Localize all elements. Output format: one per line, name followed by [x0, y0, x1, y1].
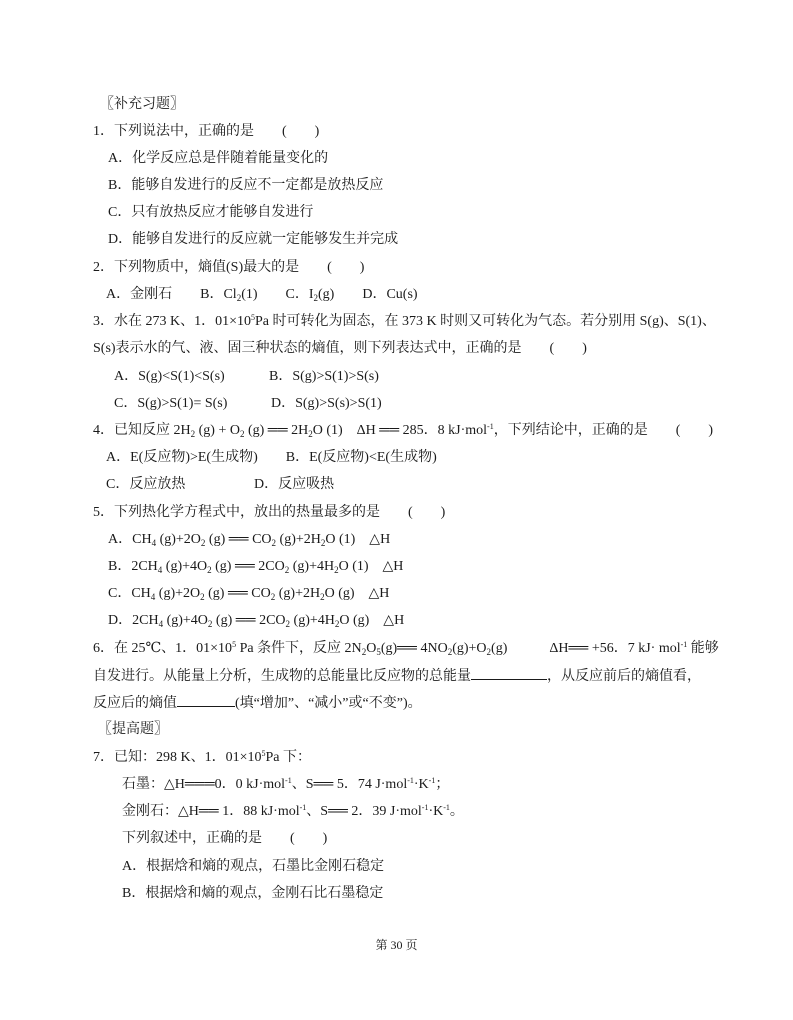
text-run: (g)+4O — [162, 559, 207, 574]
text-run: (g)+2H — [275, 586, 320, 601]
text-run: C．反应放热 — [106, 477, 185, 492]
text-run: (g)══ 4NO — [381, 641, 448, 656]
q3-option-d: D．S(g)>S(s)>S(1) — [271, 395, 382, 413]
text-run: A．根据焓和熵的观点，石墨比金刚石稳定 — [122, 859, 384, 874]
text-run: B．2CH — [108, 559, 158, 574]
text-run: O (1) △H — [339, 559, 404, 574]
text-run: O (1) ΔH ══ 285．8 kJ·mol — [313, 423, 487, 438]
text-run: (g) + O — [195, 423, 240, 438]
q5-option-b: B．2CH4 (g)+4O2 (g) ══ 2CO2 (g)+4H2O (1) … — [108, 558, 403, 576]
text-run: 石墨：△H═══0．0 kJ·mol — [122, 777, 285, 792]
text-run: (填“增加”、“减小”或“不变”)。 — [235, 696, 422, 711]
text-run: ，下列结论中，正确的是 ( ) — [494, 423, 713, 438]
text-run: (g) ══ 2CO — [212, 613, 285, 628]
text-run: 、S══ 2．39 J·mol — [306, 804, 422, 819]
text-run: 7．已知：298 K、1．01×10 — [93, 750, 262, 765]
q2-options: A．金刚石 B．Cl2(1) C．I2(g) D．Cu(s) — [106, 286, 418, 304]
text-run: Pa 条件下，反应 2N — [236, 641, 362, 656]
text-run: 2．下列物质中，熵值(S)最大的是 ( ) — [93, 260, 364, 275]
text-run: (g) ══ CO — [205, 586, 271, 601]
text-run: 〖补充习题〗 — [100, 97, 184, 112]
q1-option-d: D．能够自发进行的反应就一定能够发生并完成 — [108, 231, 398, 249]
text-run: ·K — [428, 804, 443, 819]
text-run: (1) C．I — [241, 287, 313, 302]
text-run: 3．水在 273 K、1．01×10 — [93, 314, 251, 329]
text-run: 、S══ 5．74 J·mol — [292, 777, 408, 792]
q3-option-b: B．S(g)>S(1)>S(s) — [269, 368, 379, 386]
text-run: ，从反应前后的熵值看， — [547, 669, 701, 684]
text-run: ； — [435, 777, 449, 792]
q1-option-a: A．化学反应总是伴随着能量变化的 — [108, 150, 328, 168]
text-run: (g)+O — [452, 641, 486, 656]
superscript: -1 — [285, 776, 292, 785]
q7-diamond: 金刚石：△H══ 1．88 kJ·mol-1、S══ 2．39 J·mol-1·… — [122, 803, 464, 821]
text-run: S(s)表示水的气、液、固三种状态的熵值，则下列表达式中，正确的是 ( ) — [93, 341, 587, 356]
section-supplementary: 〖补充习题〗 — [100, 96, 184, 114]
text-run: (g) ΔH══ +56．7 kJ· mol — [491, 641, 681, 656]
q5-option-a: A．CH4 (g)+2O2 (g) ══ CO2 (g)+2H2O (1) △H — [108, 531, 390, 549]
q1-option-c: C．只有放热反应才能够自发进行 — [108, 204, 313, 222]
text-run: 下列叙述中，正确的是 ( ) — [122, 831, 327, 846]
q5-option-d: D．2CH4 (g)+4O2 (g) ══ 2CO2 (g)+4H2O (g) … — [108, 612, 404, 630]
answer-blank[interactable] — [177, 694, 235, 707]
text-run: (g)+4H — [289, 559, 334, 574]
text-run: 4．已知反应 2H — [93, 423, 191, 438]
q7-option-b: B．根据焓和熵的观点，金刚石比石墨稳定 — [122, 885, 383, 903]
q4-option-c: C．反应放热 — [106, 476, 185, 494]
text-run: (g)+4O — [163, 613, 208, 628]
q7-question: 下列叙述中，正确的是 ( ) — [122, 830, 327, 848]
superscript: -1 — [487, 422, 494, 431]
text-run: B．S(g)>S(1)>S(s) — [269, 369, 379, 384]
q5-option-c: C．CH4 (g)+2O2 (g) ══ CO2 (g)+2H2O (g) △H — [108, 585, 389, 603]
text-run: Pa 下： — [266, 750, 312, 765]
text-run: (g)+2O — [156, 532, 201, 547]
text-run: 1．下列说法中，正确的是 ( ) — [93, 124, 319, 139]
text-run: 。 — [450, 804, 464, 819]
text-run: (g) ══ CO — [205, 532, 271, 547]
text-run: (g)+2H — [276, 532, 321, 547]
text-run: A．CH — [108, 532, 152, 547]
text-run: 自发进行。从能量上分析，生成物的总能量比反应物的总能量 — [93, 669, 471, 684]
text-run: C．CH — [108, 586, 151, 601]
superscript: -1 — [443, 803, 450, 812]
q3-option-c: C．S(g)>S(1)= S(s) — [114, 395, 227, 413]
superscript: -1 — [407, 776, 414, 785]
text-run: B．根据焓和熵的观点，金刚石比石墨稳定 — [122, 886, 383, 901]
text-run: D．S(g)>S(s)>S(1) — [271, 396, 382, 411]
text-run: A．金刚石 B．Cl — [106, 287, 237, 302]
text-run: C．只有放热反应才能够自发进行 — [108, 205, 313, 220]
q6-stem-3: 反应后的熵值(填“增加”、“减小”或“不变”)。 — [93, 694, 422, 713]
text-run: D．反应吸热 — [254, 477, 334, 492]
text-run: 〖提高题〗 — [98, 722, 168, 737]
text-run: O — [366, 641, 376, 656]
q4-stem: 4．已知反应 2H2 (g) + O2 (g) ══ 2H2O (1) ΔH ═… — [93, 422, 713, 440]
q7-option-a: A．根据焓和熵的观点，石墨比金刚石稳定 — [122, 858, 384, 876]
q3-option-a: A．S(g)<S(1)<S(s) — [114, 368, 225, 386]
q4-options-ab: A．E(反应物)>E(生成物) B．E(反应物)<E(生成物) — [106, 449, 437, 467]
text-run: (g)+2O — [155, 586, 200, 601]
q1-stem: 1．下列说法中，正确的是 ( ) — [93, 123, 319, 141]
page-number: 第 30 页 — [0, 936, 793, 953]
text-run: B．能够自发进行的反应不一定都是放热反应 — [108, 178, 383, 193]
text-run: Pa 时可转化为固态，在 373 K 时则又可转化为气态。若分别用 S(g)、S… — [255, 314, 716, 329]
text-run: (g) ══ 2CO — [212, 559, 285, 574]
text-run: (g) ══ 2H — [244, 423, 308, 438]
text-run: ·K — [414, 777, 429, 792]
q4-option-d: D．反应吸热 — [254, 476, 334, 494]
q6-stem-1: 6．在 25℃、1．01×105 Pa 条件下，反应 2N2O5(g)══ 4N… — [93, 640, 719, 658]
q3-stem-2: S(s)表示水的气、液、固三种状态的熵值，则下列表达式中，正确的是 ( ) — [93, 340, 587, 358]
text-run: O (g) △H — [325, 586, 390, 601]
text-run: 能够 — [687, 641, 719, 656]
answer-blank[interactable] — [471, 667, 547, 680]
text-run: 反应后的熵值 — [93, 696, 177, 711]
q6-stem-2: 自发进行。从能量上分析，生成物的总能量比反应物的总能量，从反应前后的熵值看， — [93, 667, 701, 686]
q7-stem: 7．已知：298 K、1．01×105Pa 下： — [93, 749, 311, 767]
q2-stem: 2．下列物质中，熵值(S)最大的是 ( ) — [93, 259, 364, 277]
text-run: 金刚石：△H══ 1．88 kJ·mol — [122, 804, 300, 819]
text-run: D．能够自发进行的反应就一定能够发生并完成 — [108, 232, 398, 247]
text-run: 6．在 25℃、1．01×10 — [93, 641, 232, 656]
text-run: C．S(g)>S(1)= S(s) — [114, 396, 227, 411]
text-run: A．化学反应总是伴随着能量变化的 — [108, 151, 328, 166]
text-run: O (g) △H — [339, 613, 404, 628]
text-run: A．S(g)<S(1)<S(s) — [114, 369, 225, 384]
q5-stem: 5．下列热化学方程式中，放出的热量最多的是 ( ) — [93, 504, 445, 522]
text-run: (g) D．Cu(s) — [318, 287, 418, 302]
text-run: A．E(反应物)>E(生成物) B．E(反应物)<E(生成物) — [106, 450, 437, 465]
document-page: 〖补充习题〗1．下列说法中，正确的是 ( )A．化学反应总是伴随着能量变化的B．… — [0, 0, 793, 1020]
text-run: D．2CH — [108, 613, 159, 628]
q1-option-b: B．能够自发进行的反应不一定都是放热反应 — [108, 177, 383, 195]
text-run: O (1) △H — [325, 532, 390, 547]
section-advanced: 〖提高题〗 — [98, 721, 168, 739]
text-run: (g)+4H — [290, 613, 335, 628]
q7-graphite: 石墨：△H═══0．0 kJ·mol-1、S══ 5．74 J·mol-1·K-… — [122, 776, 449, 794]
text-run: 5．下列热化学方程式中，放出的热量最多的是 ( ) — [93, 505, 445, 520]
q3-stem-1: 3．水在 273 K、1．01×105Pa 时可转化为固态，在 373 K 时则… — [93, 313, 716, 331]
